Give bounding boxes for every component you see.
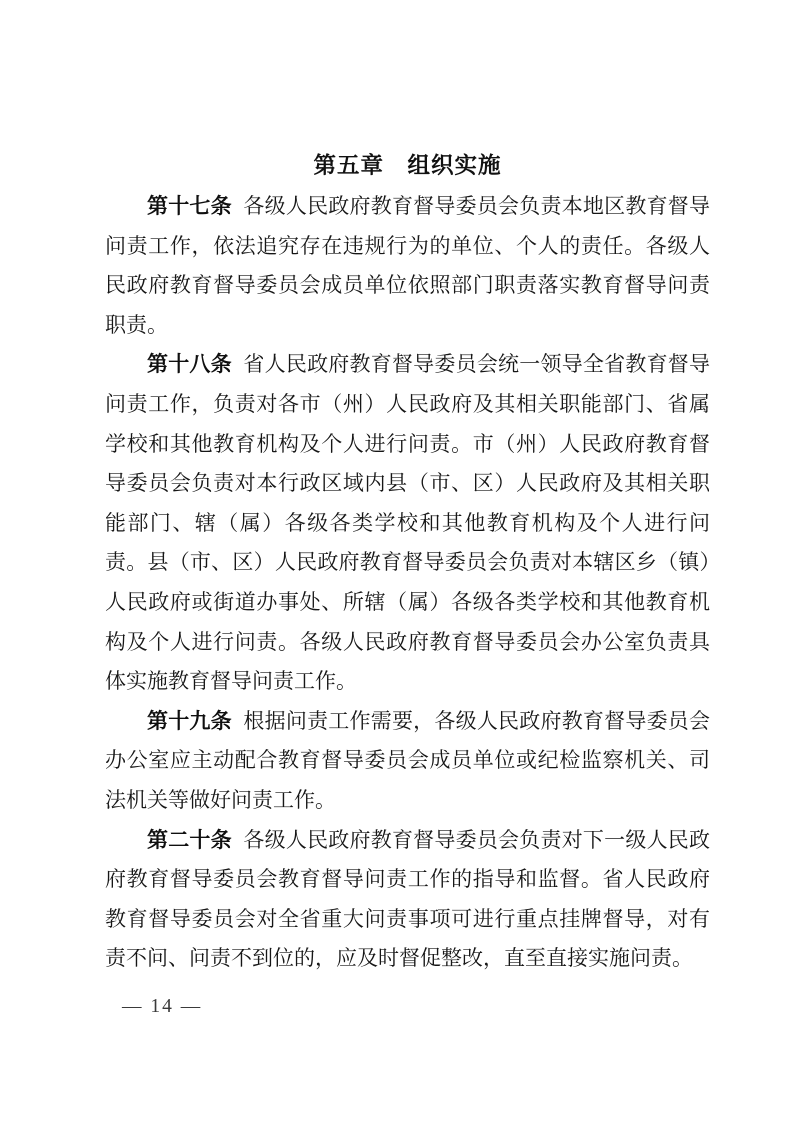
chapter-title: 第五章 组织实施 [105, 146, 710, 186]
article-paragraph: 第十九条根据问责工作需要，各级人民政府教育督导委员会办公室应主动配合教育督导委员… [105, 702, 710, 821]
article-number: 第二十条 [147, 828, 232, 852]
article-number: 第十九条 [147, 709, 232, 733]
article-text: 省人民政府教育督导委员会统一领导全省教育督导问责工作，负责对各市（州）人民政府及… [105, 352, 710, 693]
article-paragraph: 第十七条各级人民政府教育督导委员会负责本地区教育督导问责工作，依法追究存在违规行… [105, 187, 710, 345]
page-number: — 14 — [122, 996, 202, 1018]
document-page: 第五章 组织实施 第十七条各级人民政府教育督导委员会负责本地区教育督导问责工作，… [0, 0, 793, 1122]
article-number: 第十八条 [147, 352, 232, 376]
article-paragraph: 第十八条省人民政府教育督导委员会统一领导全省教育督导问责工作，负责对各市（州）人… [105, 345, 710, 701]
document-body: 第十七条各级人民政府教育督导委员会负责本地区教育督导问责工作，依法追究存在违规行… [105, 187, 710, 979]
article-number: 第十七条 [147, 194, 232, 218]
article-paragraph: 第二十条各级人民政府教育督导委员会负责对下一级人民政府教育督导委员会教育督导问责… [105, 821, 710, 979]
